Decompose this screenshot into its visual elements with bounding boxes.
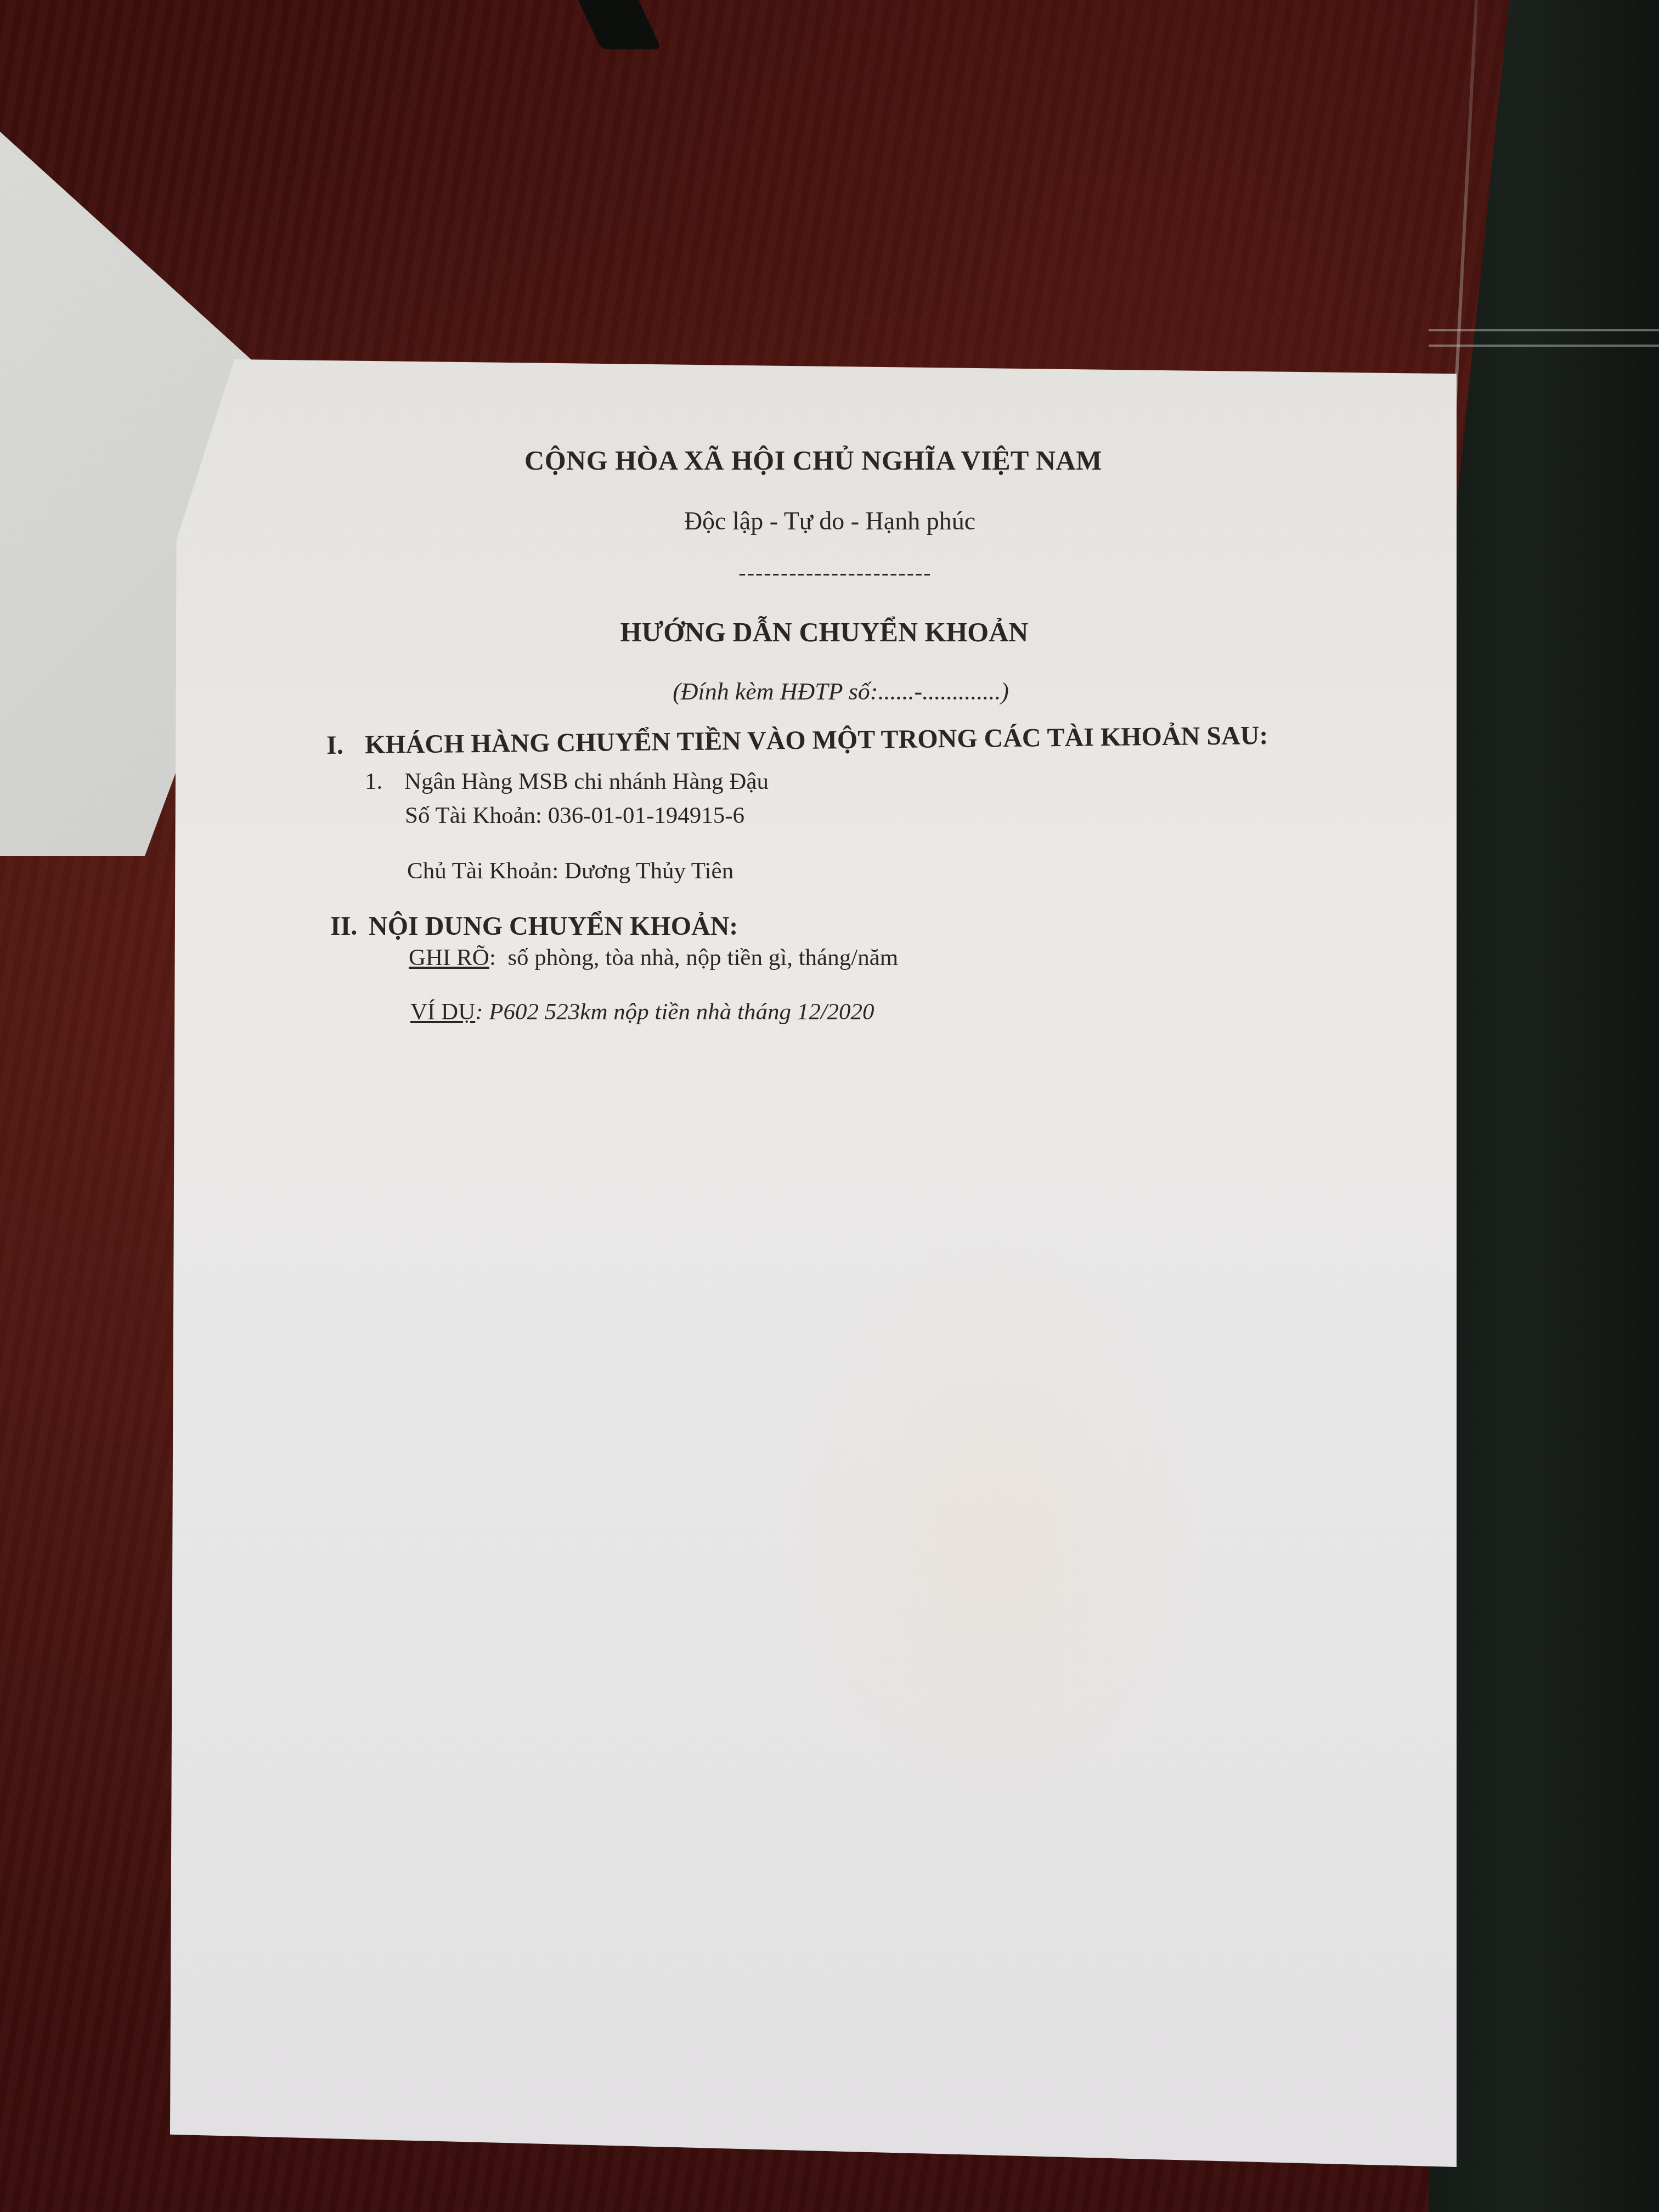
- section-number: II.: [330, 911, 369, 941]
- section-title: NỘI DUNG CHUYỂN KHOẢN:: [369, 912, 738, 941]
- note-line: GHI RÕ: số phòng, tòa nhà, nộp tiền gì, …: [409, 944, 898, 971]
- account-holder-line: Chủ Tài Khoản: Dương Thủy Tiên: [407, 857, 733, 884]
- account-holder-label: Chủ Tài Khoản:: [407, 858, 558, 884]
- document-title: HƯỚNG DẪN CHUYỂN KHOẢN: [181, 616, 1468, 648]
- document-content: CỘNG HÒA XÃ HỘI CHỦ NGHĨA VIỆT NAM Độc l…: [170, 359, 1457, 2167]
- note-text: số phòng, tòa nhà, nộp tiền gì, tháng/nă…: [507, 945, 898, 970]
- national-motto: Độc lập - Tự do - Hạnh phúc: [187, 506, 1473, 535]
- account-number-label: Số Tài Khoản:: [405, 803, 542, 828]
- section-2-heading: II.NỘI DUNG CHUYỂN KHOẢN:: [330, 911, 738, 941]
- account-holder-value: Dương Thủy Tiên: [565, 858, 733, 884]
- bank-name: Ngân Hàng MSB chi nhánh Hàng Đậu: [404, 769, 769, 794]
- binder-seam: [1429, 329, 1659, 331]
- section-number: I.: [326, 730, 365, 760]
- example-label: VÍ DỤ: [410, 999, 475, 1025]
- account-number-line: Số Tài Khoản: 036-01-01-194915-6: [405, 802, 744, 829]
- document-page: CỘNG HÒA XÃ HỘI CHỦ NGHĨA VIỆT NAM Độc l…: [170, 359, 1457, 2167]
- example-line: VÍ DỤ: P602 523km nộp tiền nhà tháng 12/…: [410, 998, 874, 1025]
- list-index: 1.: [365, 768, 404, 795]
- black-binder: [1429, 0, 1659, 2212]
- note-label: GHI RÕ: [409, 945, 489, 970]
- header-divider: -----------------------: [192, 560, 1479, 585]
- bank-line: 1.Ngân Hàng MSB chi nhánh Hàng Đậu: [365, 768, 769, 795]
- national-title: CỘNG HÒA XÃ HỘI CHỦ NGHĨA VIỆT NAM: [170, 444, 1457, 476]
- example-text: P602 523km nộp tiền nhà tháng 12/2020: [489, 999, 874, 1025]
- section-1-heading: I.KHÁCH HÀNG CHUYỂN TIỀN VÀO MỘT TRONG C…: [326, 720, 1268, 760]
- section-title: KHÁCH HÀNG CHUYỂN TIỀN VÀO MỘT TRONG CÁC…: [365, 721, 1268, 759]
- account-number-value: 036-01-01-194915-6: [548, 803, 744, 828]
- pen-object: [578, 0, 662, 49]
- binder-seam: [1429, 345, 1659, 347]
- document-subtitle: (Đính kèm HĐTP số:......-.............): [198, 678, 1484, 706]
